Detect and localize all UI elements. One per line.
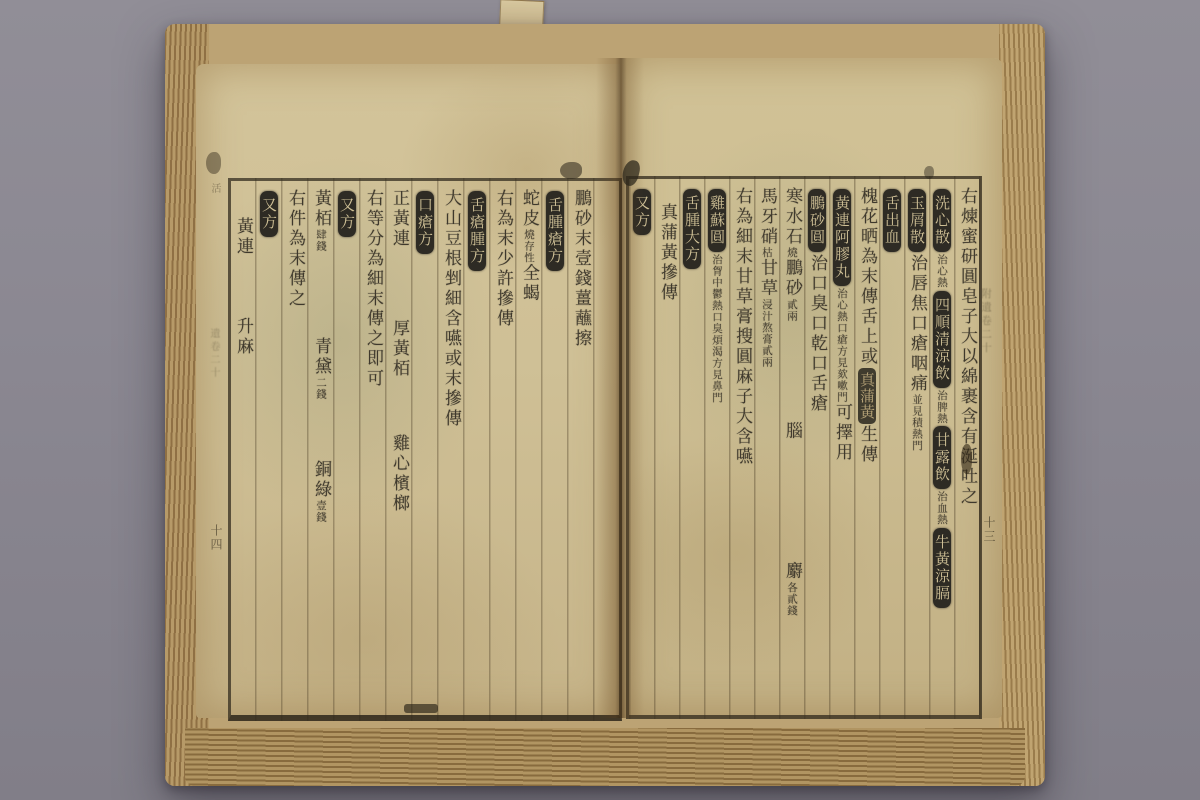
- annotation-text: 枯: [761, 247, 773, 259]
- column-gap: [398, 249, 400, 319]
- section-cartouche: 雞蘇圓: [708, 189, 726, 252]
- section-cartouche: 鵬砂圓: [808, 189, 826, 252]
- left-page-columns-col-15: 黃連升麻: [229, 189, 255, 709]
- left-page-columns: 鵬砂末壹錢薑蘸擦舌腫瘡方蛇皮燒存性全蝎右為末少許摻傳舌瘡腫方大山豆根剉細含嚥或末…: [228, 178, 622, 721]
- column-text: 鵬砂: [782, 259, 802, 299]
- left-page-columns-col-8: 口瘡方: [411, 189, 437, 709]
- left-page-columns-col-1: [593, 189, 619, 709]
- right-page-columns-col-13: 真蒲黃摻傳: [654, 187, 679, 709]
- annotation-text: 並見積熱門: [911, 394, 923, 452]
- right-page-columns-col-8: 寒水石燒鵬砂貳兩腦麝各貳錢: [779, 187, 804, 709]
- left-page-columns-col-14: 又方: [255, 189, 281, 709]
- right-page-columns-col-4: 舌出血: [879, 187, 904, 709]
- column-text: 右等分為細末傳之即可: [363, 189, 383, 389]
- section-cartouche: 四順清涼飲: [933, 291, 951, 388]
- column-text: 大山豆根剉細含嚥或末摻傳: [441, 189, 461, 429]
- section-cartouche: 又方: [260, 191, 278, 237]
- section-cartouche: 口瘡方: [416, 191, 434, 254]
- right-page-columns: 右煉蜜研圓皂子大以綿裹含有涎吐之洗心散治心熱四順清涼飲治脾熱甘露飲治血熱牛黃涼膈…: [626, 176, 982, 719]
- column-text: 青黛: [311, 337, 331, 377]
- annotation-text: 治心熱: [936, 254, 948, 289]
- column-text: 治唇焦口瘡咽痛: [907, 254, 927, 394]
- right-page-columns-col-3: 玉屑散治唇焦口瘡咽痛並見積熱門: [904, 187, 929, 709]
- column-text: 馬牙硝: [757, 187, 777, 247]
- column-text: 銅綠: [311, 460, 331, 500]
- annotation-text: 治胷中鬱熱口臭煩渴方見鼻門: [711, 254, 723, 404]
- column-text: 生傳: [857, 425, 877, 465]
- annotation-text: 燒存性: [523, 229, 535, 264]
- left-page-columns-col-6: 舌瘡腫方: [463, 189, 489, 709]
- left-page-columns-col-2: 鵬砂末壹錢薑蘸擦: [567, 189, 593, 709]
- column-text: 可擇用: [832, 403, 852, 463]
- section-cartouche: 又方: [338, 191, 356, 237]
- column-text: 雞心檳榔: [389, 434, 409, 514]
- left-page-columns-col-9: 正黃連厚黃栢雞心檳榔: [385, 189, 411, 709]
- column-gap: [791, 322, 793, 422]
- column-text: 升麻: [233, 317, 253, 357]
- annotation-text: 浸汁熬膏貳兩: [761, 299, 773, 368]
- column-gap: [242, 257, 244, 317]
- column-text: 腦: [782, 422, 802, 442]
- column-text: 寒水石: [782, 187, 802, 247]
- column-text: 右為末少許摻傳: [493, 189, 513, 329]
- column-gap: [666, 187, 668, 203]
- page-edge-stack-bottom: [185, 728, 1025, 786]
- right-page-columns-col-5: 槐花晒為末傳舌上或真蒲黃生傳: [854, 187, 879, 709]
- section-cartouche: 黃連阿膠丸: [833, 189, 851, 286]
- column-text: 蛇皮: [519, 189, 539, 229]
- left-page-columns-col-12: 黃栢肆錢青黛二錢銅綠壹錢: [307, 189, 333, 709]
- column-text: 治口臭口乾口舌瘡: [807, 254, 827, 414]
- column-text: 正黃連: [389, 189, 409, 249]
- left-page-columns-col-5: 右為末少許摻傳: [489, 189, 515, 709]
- section-cartouche: 洗心散: [933, 189, 951, 252]
- right-page-columns-col-10: 右為細末甘草膏搜圓麻子大含嚥: [729, 187, 754, 709]
- annotation-text: 治心熱口瘡方見欬嗽門: [836, 288, 848, 403]
- column-text: 厚黃栢: [389, 319, 409, 379]
- left-page-columns-col-7: 大山豆根剉細含嚥或末摻傳: [437, 189, 463, 709]
- section-cartouche: 牛黃涼膈: [933, 528, 951, 608]
- right-page-columns-col-9: 馬牙硝枯甘草浸汁熬膏貳兩: [754, 187, 779, 709]
- column-text: 甘草: [757, 259, 777, 299]
- left-page-number: 十四: [208, 524, 225, 574]
- annotation-text: 二錢: [315, 377, 327, 400]
- section-cartouche: 舌瘡腫方: [468, 191, 486, 271]
- inked-text: 真蒲黃: [858, 368, 876, 424]
- column-gap: [242, 189, 244, 217]
- column-gap: [398, 379, 400, 434]
- column-gap: [320, 400, 322, 460]
- section-cartouche: 舌腫大方: [683, 189, 701, 269]
- right-page-columns-col-14: 又方: [629, 187, 654, 709]
- page-edge-stack-right: [999, 24, 1045, 786]
- left-page-columns-col-11: 又方: [333, 189, 359, 709]
- section-cartouche: 玉屑散: [908, 189, 926, 252]
- left-page-columns-col-13: 右件為末傳之: [281, 189, 307, 709]
- right-page-columns-col-1: 右煉蜜研圓皂子大以綿裹含有涎吐之: [954, 187, 979, 709]
- annotation-text: 肆錢: [315, 229, 327, 252]
- column-text: 鵬砂末壹錢薑蘸擦: [571, 189, 591, 349]
- column-gap: [320, 252, 322, 337]
- right-page-columns-col-11: 雞蘇圓治胷中鬱熱口臭煩渴方見鼻門: [704, 187, 729, 709]
- column-text: 真蒲黃摻傳: [657, 203, 677, 303]
- left-margin-title: 遺卷二十: [206, 328, 221, 478]
- annotation-text: 貳兩: [786, 299, 798, 322]
- left-page-columns-col-10: 右等分為細末傳之即可: [359, 189, 385, 709]
- column-text: 麝: [782, 562, 802, 582]
- column-text: 黃栢: [311, 189, 331, 229]
- column-gap: [791, 442, 793, 562]
- section-cartouche: 舌出血: [883, 189, 901, 252]
- right-page-columns-col-7: 鵬砂圓治口臭口乾口舌瘡: [804, 187, 829, 709]
- annotation-text: 壹錢: [315, 500, 327, 523]
- column-text: 全蝎: [519, 264, 539, 304]
- annotation-text: 治血熱: [936, 491, 948, 526]
- section-cartouche: 舌腫瘡方: [546, 191, 564, 271]
- left-margin-top-label: 活: [207, 183, 222, 229]
- column-text: 槐花晒為末傳舌上或: [857, 187, 877, 367]
- right-page-columns-col-12: 舌腫大方: [679, 187, 704, 709]
- right-page-number: 十三: [981, 516, 998, 566]
- column-text: 右煉蜜研圓皂子大以綿裹含有涎吐之: [957, 187, 977, 507]
- annotation-text: 治脾熱: [936, 390, 948, 425]
- annotation-text: 各貳錢: [786, 582, 798, 617]
- annotation-text: 燒: [786, 247, 798, 259]
- right-margin-title: 附遺卷二十: [979, 288, 994, 478]
- section-cartouche: 又方: [633, 189, 651, 235]
- right-page-columns-col-6: 黃連阿膠丸治心熱口瘡方見欬嗽門可擇用: [829, 187, 854, 709]
- left-page-columns-col-3: 舌腫瘡方: [541, 189, 567, 709]
- section-cartouche: 甘露飲: [933, 426, 951, 489]
- right-page-columns-col-2: 洗心散治心熱四順清涼飲治脾熱甘露飲治血熱牛黃涼膈: [929, 187, 954, 709]
- column-text: 右件為末傳之: [285, 189, 305, 309]
- column-text: 右為細末甘草膏搜圓麻子大含嚥: [732, 187, 752, 467]
- photo-background: 右煉蜜研圓皂子大以綿裹含有涎吐之洗心散治心熱四順清涼飲治脾熱甘露飲治血熱牛黃涼膈…: [0, 0, 1200, 800]
- column-text: 黃連: [233, 217, 253, 257]
- left-page-columns-col-4: 蛇皮燒存性全蝎: [515, 189, 541, 709]
